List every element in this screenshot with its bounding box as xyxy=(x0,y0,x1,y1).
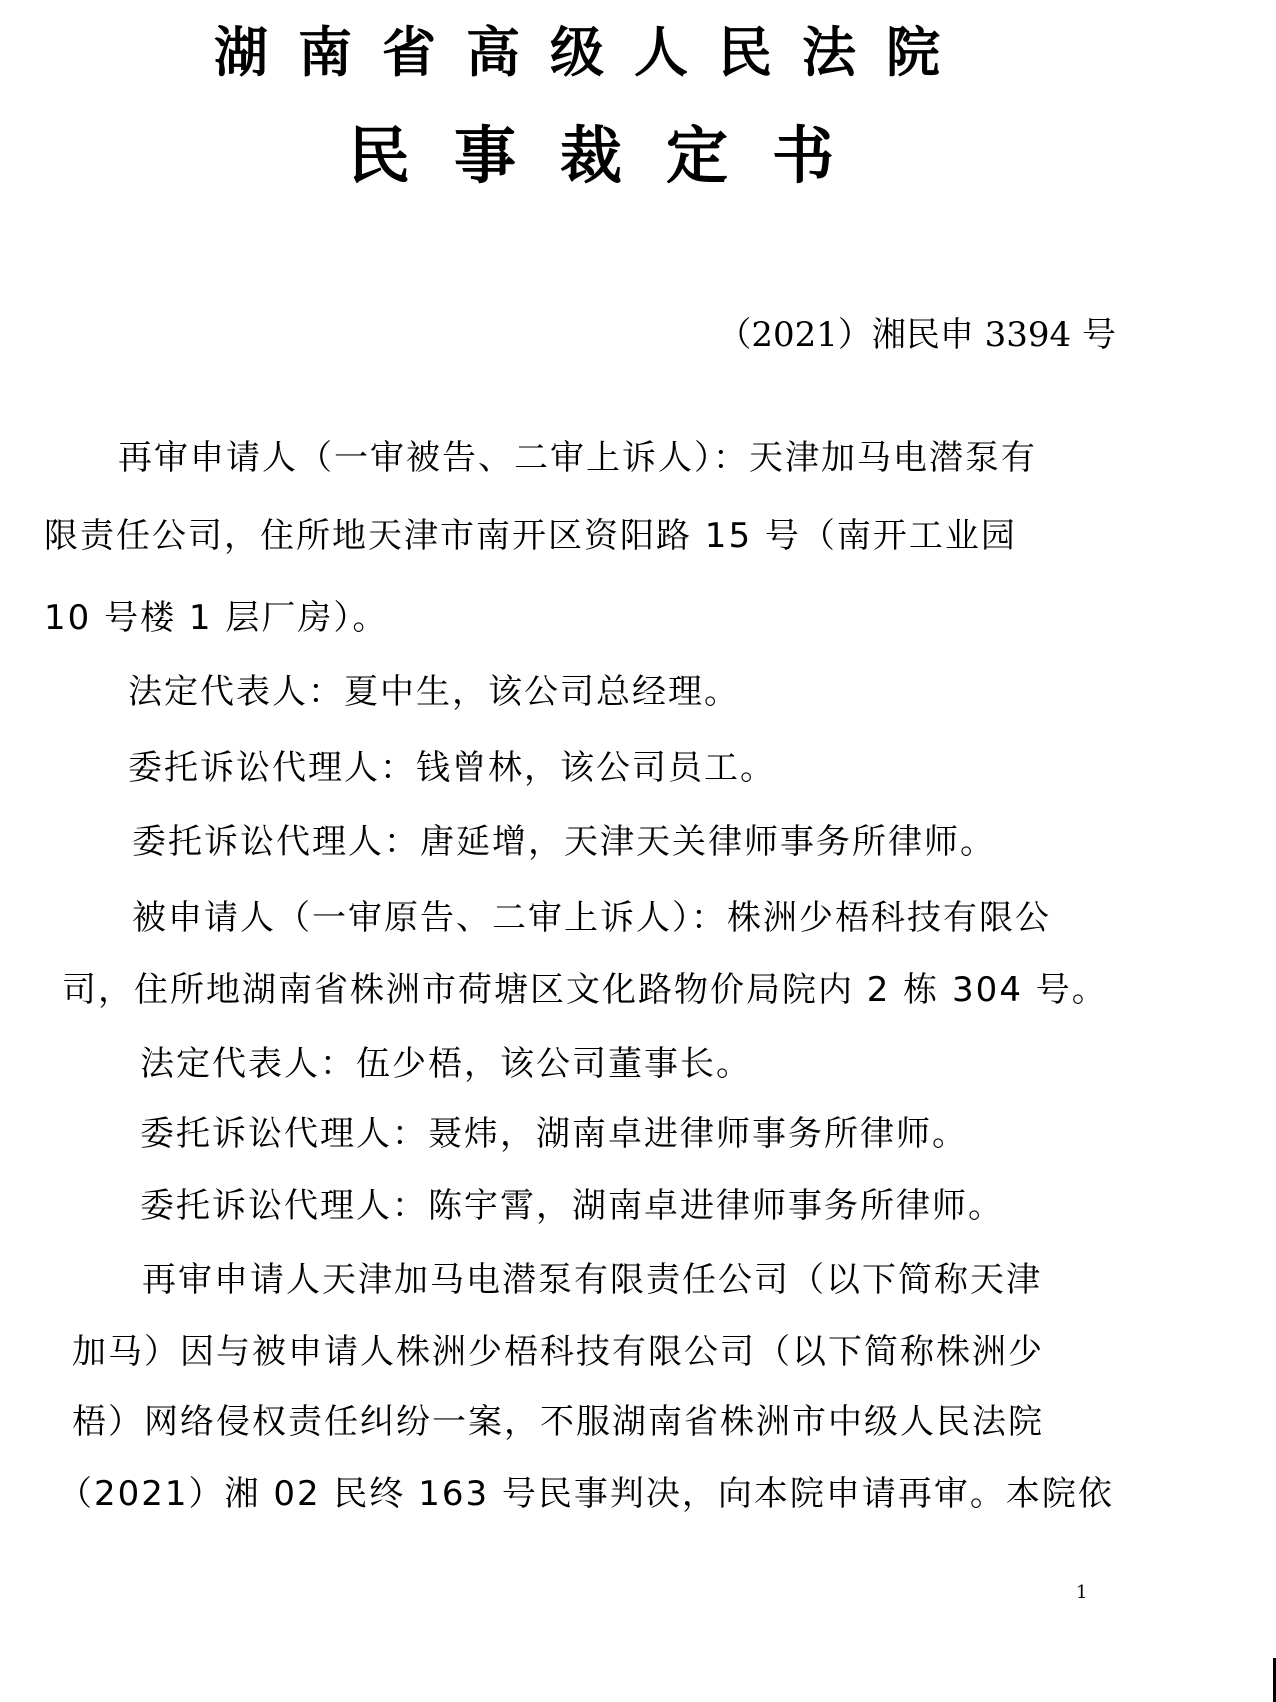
document-page: 湖南省高级人民法院 民事裁定书 （2021）湘民申 3394 号 再审申请人（一… xyxy=(0,0,1276,1702)
body-line: 法定代表人：伍少梧，该公司董事长。 xyxy=(140,1041,752,1087)
body-line: 委托诉讼代理人：钱曾林，该公司员工。 xyxy=(128,745,776,791)
page-number: 1 xyxy=(1076,1582,1087,1603)
body-line: 法定代表人：夏中生，该公司总经理。 xyxy=(128,669,740,715)
body-line: 再审申请人天津加马电潜泵有限责任公司（以下简称天津 xyxy=(142,1257,1042,1303)
body-line: 再审申请人（一审被告、二审上诉人）：天津加马电潜泵有 xyxy=(118,435,1037,481)
body-line: 委托诉讼代理人：聂炜，湖南卓进律师事务所律师。 xyxy=(140,1111,968,1157)
body-line: 限责任公司，住所地天津市南开区资阳路 15 号（南开工业园 xyxy=(44,513,1017,559)
document-type-title: 民事裁定书 xyxy=(0,116,1276,196)
court-name-title: 湖南省高级人民法院 xyxy=(0,18,1276,88)
body-line: 委托诉讼代理人：陈宇霄，湖南卓进律师事务所律师。 xyxy=(140,1183,1004,1229)
body-line: 10 号楼 1 层厂房）。 xyxy=(44,595,388,641)
case-number: （2021）湘民申 3394 号 xyxy=(717,312,1116,358)
body-line: 加马）因与被申请人株洲少梧科技有限公司（以下简称株洲少 xyxy=(72,1329,1044,1375)
body-line: 委托诉讼代理人：唐延增，天津天关律师事务所律师。 xyxy=(132,819,996,865)
body-line: 司，住所地湖南省株洲市荷塘区文化路物价局院内 2 栋 304 号。 xyxy=(62,967,1108,1013)
body-line: 被申请人（一审原告、二审上诉人）：株洲少梧科技有限公 xyxy=(132,895,1051,941)
body-line: 梧）网络侵权责任纠纷一案，不服湖南省株洲市中级人民法院 xyxy=(72,1399,1044,1445)
body-line: （2021）湘 02 民终 163 号民事判决，向本院申请再审。本院依 xyxy=(58,1471,1114,1517)
